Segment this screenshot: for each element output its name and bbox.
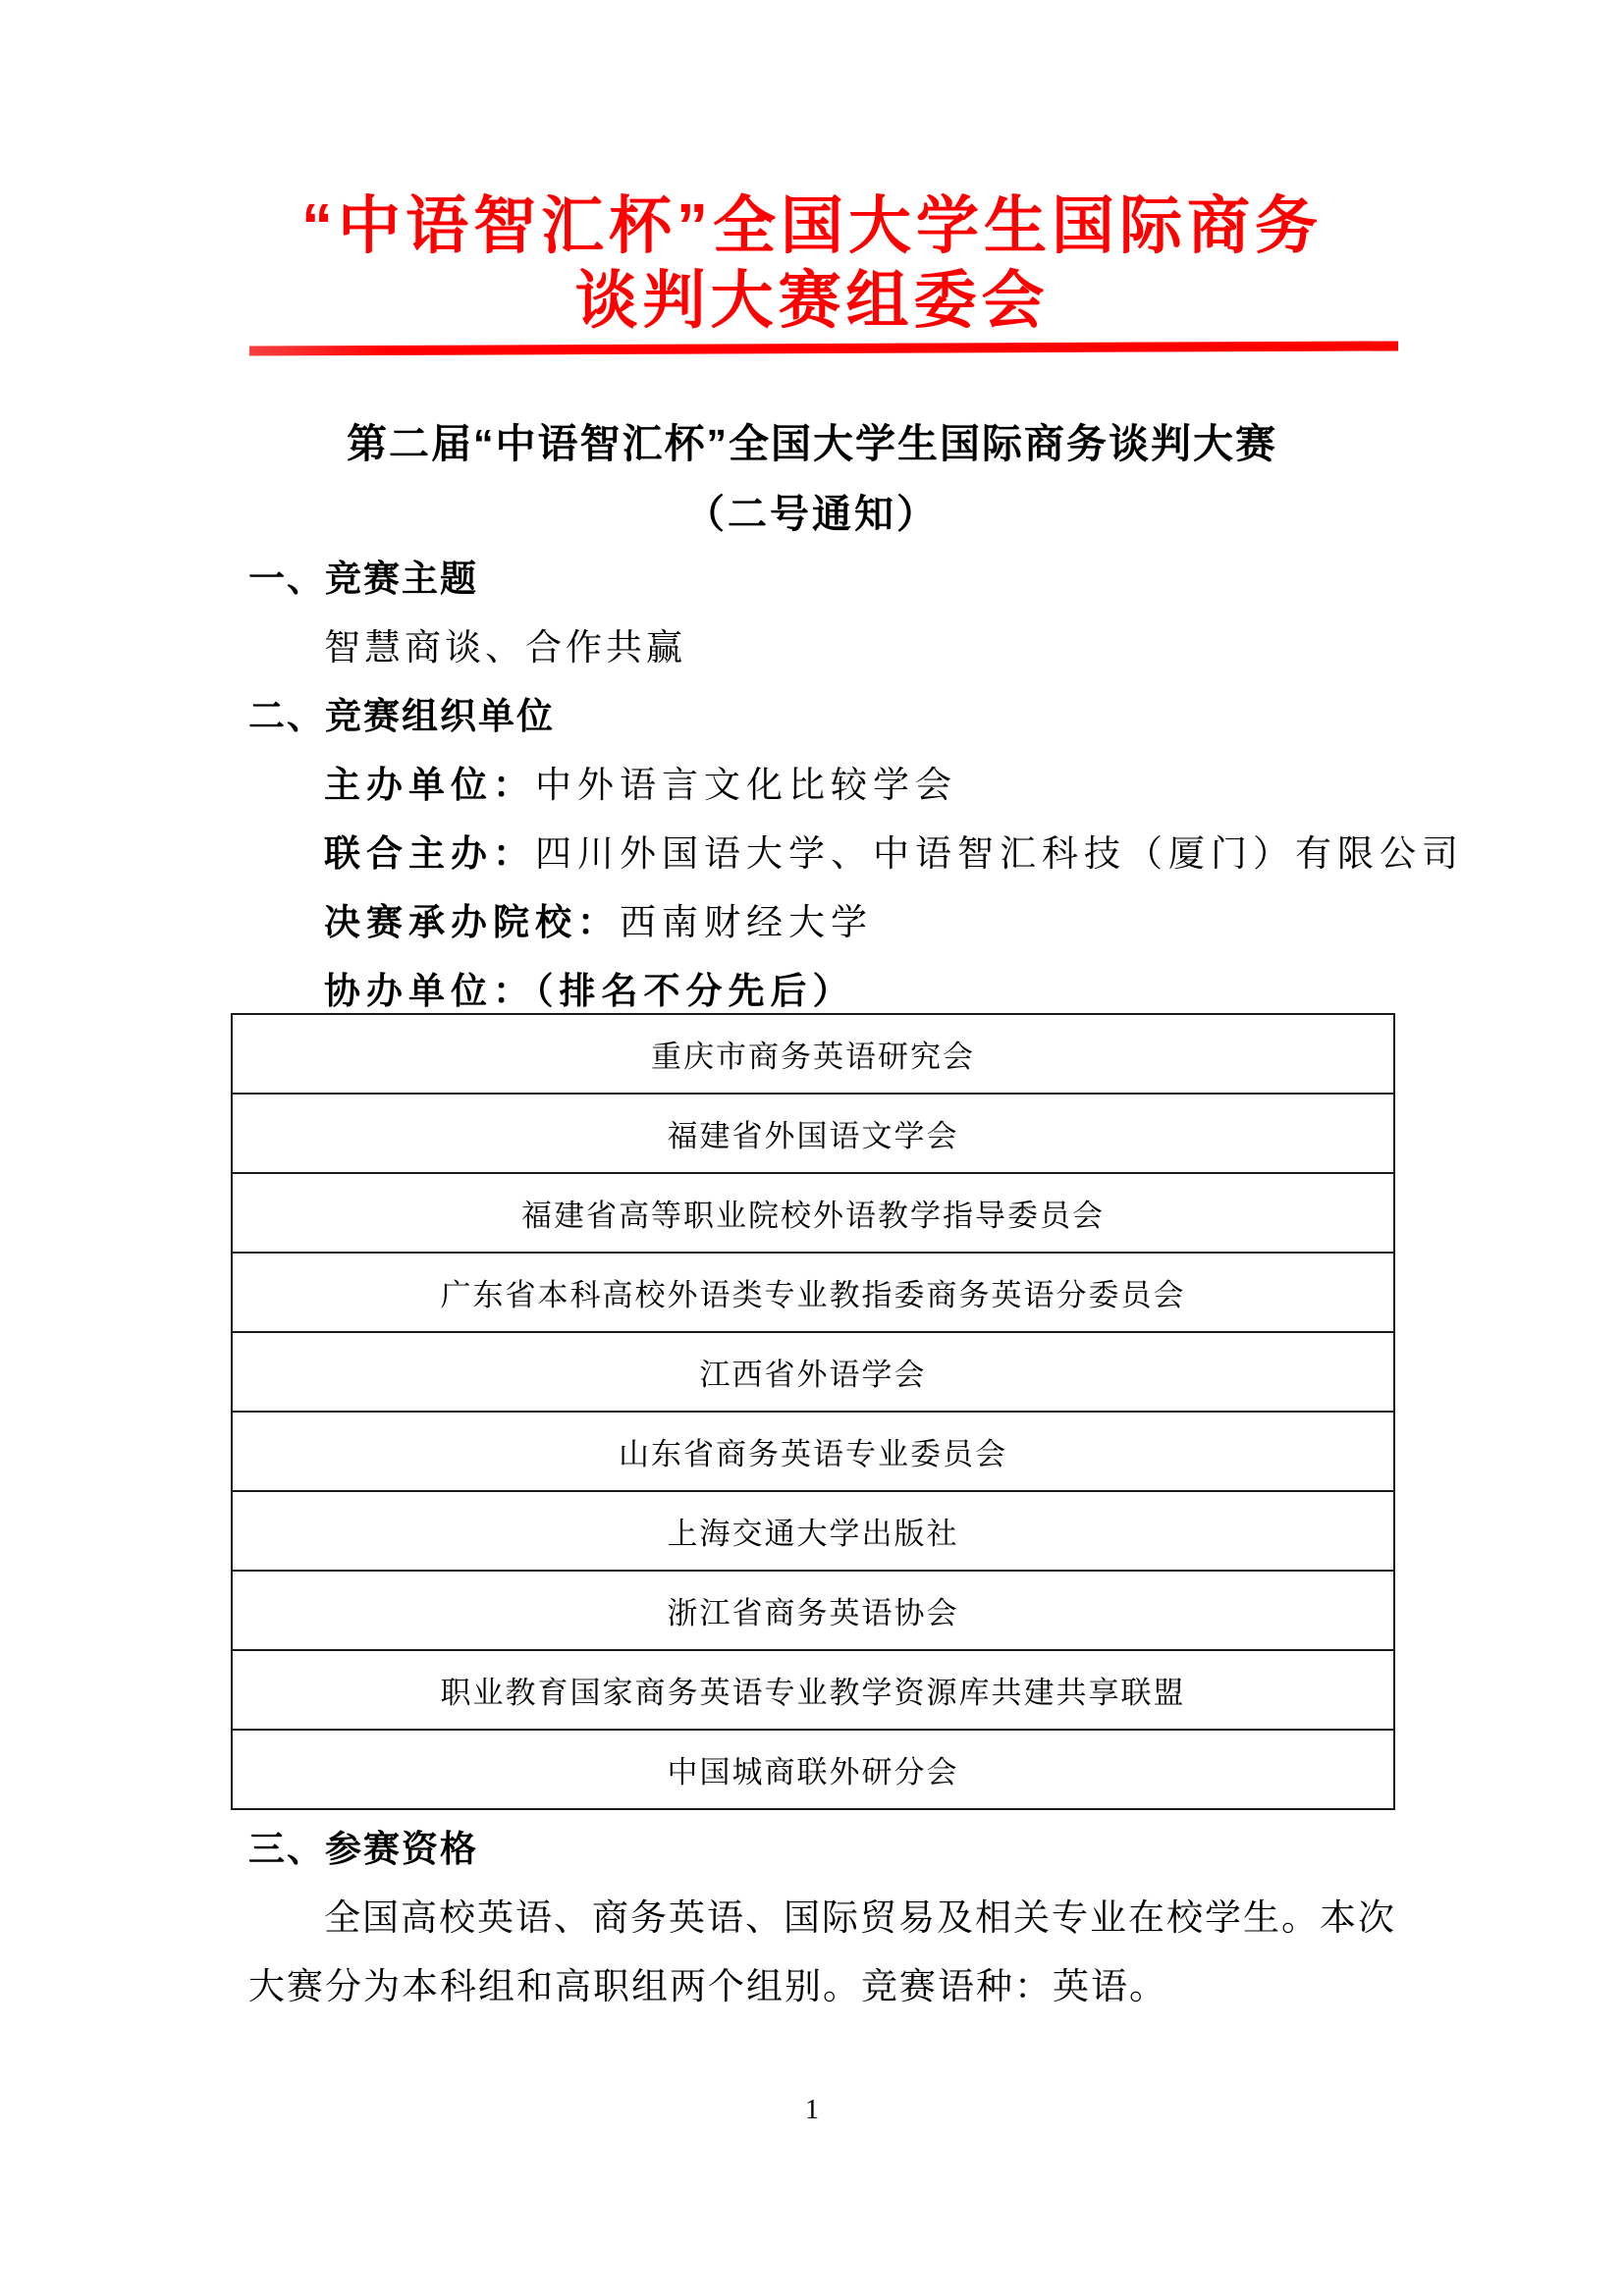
section-1-heading: 一、竞赛主题 [248,546,1395,614]
section-2-heading: 二、竞赛组织单位 [248,683,1395,752]
table-cell: 福建省外国语文学会 [232,1094,1394,1173]
letterhead: “中语智汇杯”全国大学生国际商务 谈判大赛组委会 [0,0,1624,353]
table-cell: 上海交通大学出版社 [232,1491,1394,1571]
table-row: 中国城商联外研分会 [232,1730,1394,1809]
eligibility-line2: 大赛分为本科组和高职组两个组别。竞赛语种：英语。 [248,1953,1395,2022]
document-page: “中语智汇杯”全国大学生国际商务 谈判大赛组委会 第二届“中语智汇杯”全国大学生… [0,0,1624,2296]
organizer-coorg-note: （排名不分先后） [535,972,855,1012]
organizer-final-host-label: 决赛承办院校： [324,903,620,943]
organizer-final-host-value: 西南财经大学 [620,903,873,943]
table-row: 职业教育国家商务英语专业教学资源库共建共享联盟 [232,1650,1394,1730]
table-row: 山东省商务英语专业委员会 [232,1412,1394,1491]
organizer-host-line: 主办单位：中外语言文化比较学会 [248,752,1395,821]
table-cell: 江西省外语学会 [232,1332,1394,1412]
letterhead-title-line2: 谈判大赛组委会 [0,263,1624,338]
competition-theme-text: 智慧商谈、合作共赢 [248,614,1395,683]
table-row: 江西省外语学会 [232,1332,1394,1412]
table-cell: 浙江省商务英语协会 [232,1571,1394,1650]
page-number: 1 [0,2093,1624,2128]
organizer-host-value: 中外语言文化比较学会 [535,766,957,806]
table-cell: 职业教育国家商务英语专业教学资源库共建共享联盟 [232,1650,1394,1730]
section-3-heading: 三、参赛资格 [248,1816,1395,1885]
red-divider-rule [249,341,1398,355]
table-row: 福建省外国语文学会 [232,1094,1394,1173]
eligibility-line1: 全国高校英语、商务英语、国际贸易及相关专业在校学生。本次 [248,1885,1395,1953]
table-cell: 山东省商务英语专业委员会 [232,1412,1394,1491]
notice-title: 第二届“中语智汇杯”全国大学生国际商务谈判大赛 [0,418,1624,469]
co-organizers-table: 重庆市商务英语研究会 福建省外国语文学会 福建省高等职业院校外语教学指导委员会 … [231,1013,1395,1810]
organizer-cohost-label: 联合主办： [324,834,535,875]
table-row: 广东省本科高校外语类专业教指委商务英语分委员会 [232,1253,1394,1332]
organizer-cohost-line: 联合主办：四川外国语大学、中语智汇科技（厦门）有限公司 [248,821,1395,889]
table-cell: 福建省高等职业院校外语教学指导委员会 [232,1173,1394,1253]
organizer-cohost-value: 四川外国语大学、中语智汇科技（厦门）有限公司 [535,834,1464,875]
table-row: 福建省高等职业院校外语教学指导委员会 [232,1173,1394,1253]
organizer-final-host-line: 决赛承办院校：西南财经大学 [248,889,1395,958]
organizer-coorg-label: 协办单位： [324,972,535,1012]
table-cell: 中国城商联外研分会 [232,1730,1394,1809]
table-row: 上海交通大学出版社 [232,1491,1394,1571]
document-body: 一、竞赛主题 智慧商谈、合作共赢 二、竞赛组织单位 主办单位：中外语言文化比较学… [0,540,1624,2022]
table-cell: 广东省本科高校外语类专业教指委商务英语分委员会 [232,1253,1394,1332]
letterhead-title-line1: “中语智汇杯”全国大学生国际商务 [0,188,1624,263]
notice-subtitle: （二号通知） [0,489,1624,540]
eligibility-paragraph: 全国高校英语、商务英语、国际贸易及相关专业在校学生。本次 大赛分为本科组和高职组… [248,1885,1395,2022]
table-row: 浙江省商务英语协会 [232,1571,1394,1650]
organizer-host-label: 主办单位： [324,766,535,806]
